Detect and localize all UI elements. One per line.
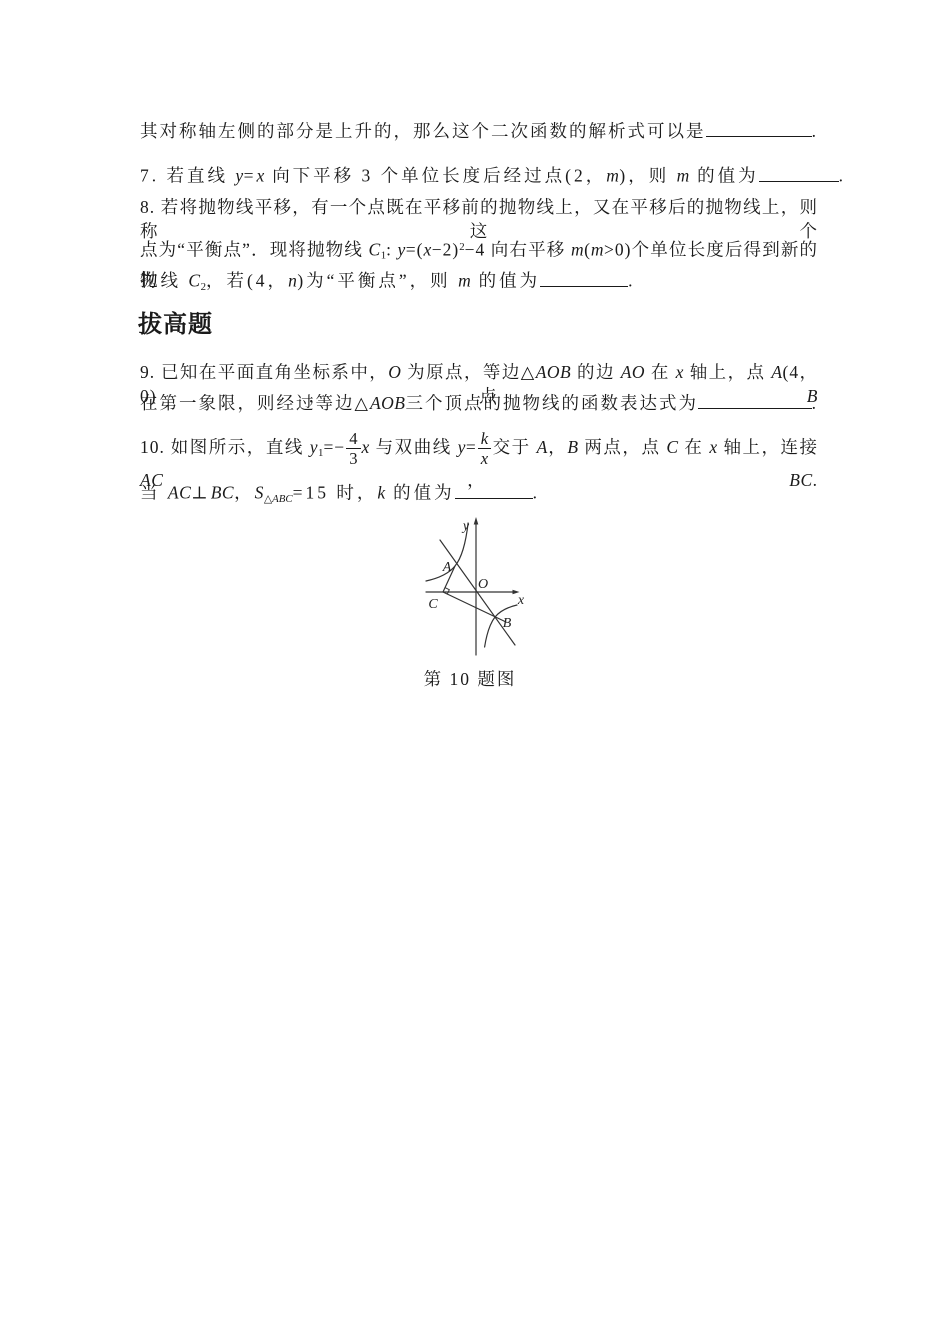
text-run: 与双曲线 [370, 437, 458, 457]
math-run: x [676, 362, 684, 382]
text-run: =15 时， [293, 483, 378, 503]
text-run: 为原点，等边△ [401, 362, 535, 382]
text-run: ， [234, 483, 255, 503]
text-run: 交于 [492, 437, 536, 457]
math-run: x [362, 437, 370, 457]
text-run: 10. 如图所示，直线 [140, 437, 310, 457]
text-run: . [628, 271, 635, 291]
math-run: O [388, 362, 401, 382]
text-run: 三个顶点的抛物线的函数表达式为 [406, 391, 699, 415]
text-run: 轴上，连接 [718, 437, 818, 457]
text-run: . [813, 470, 818, 490]
q10-line-2: 当 AC⊥BC，S△ABC=15 时，k 的值为. [140, 480, 540, 511]
text-run: . [812, 391, 818, 415]
text-run: 7. 若直线 [140, 166, 235, 186]
text-run: ( [584, 239, 591, 259]
text-run: = [244, 166, 257, 186]
text-run: −4 向右平移 [465, 239, 571, 259]
text-run: −2) [432, 239, 459, 259]
text-run: 轴上，点 [684, 362, 771, 382]
math-run: △ABC [264, 493, 293, 505]
fraction: kx [478, 430, 491, 468]
math-run: BC [789, 470, 812, 490]
text-run: 当 [140, 483, 168, 503]
y-axis-arrow [474, 517, 479, 525]
answer-blank [698, 390, 812, 409]
text-run: 在 [679, 437, 710, 457]
q8-line-3: 物线 C2，若(4，n)为“平衡点”，则 m 的值为. [140, 268, 635, 299]
text-run: 在第一象限，则经过等边△ [140, 391, 370, 415]
math-run: AC [168, 483, 191, 503]
math-run: x [709, 437, 717, 457]
figure-caption: 第 10 题图 [385, 666, 555, 691]
math-run: A [771, 362, 782, 382]
math-run: y [458, 437, 466, 457]
text-run: 的值为 [690, 166, 759, 186]
section-heading: 拔高题 [138, 310, 213, 340]
math-run: BC [211, 483, 234, 503]
x-axis-label: x [517, 593, 525, 608]
text-run: 的边 [571, 362, 621, 382]
text-run: 的值为 [471, 271, 540, 291]
math-run: m [571, 239, 584, 259]
text-run: ⊥ [191, 483, 210, 503]
math-run: A [537, 437, 548, 457]
text-run: : [386, 239, 397, 259]
worksheet-page: 其对称轴左侧的部分是上升的，那么这个二次函数的解析式可以是. 7. 若直线 y=… [0, 0, 950, 1344]
math-run: y [235, 166, 243, 186]
point-c-label: C [428, 597, 438, 612]
math-run: x [424, 239, 432, 259]
q9-line-2: 在第一象限，则经过等边△AOB 三个顶点的抛物线的函数表达式为. [140, 390, 818, 415]
math-run: y [310, 437, 318, 457]
math-run: x [257, 166, 265, 186]
text-run: 点为“平衡点”．现将抛物线 [140, 239, 369, 259]
text-run: 其对称轴左侧的部分是上升的，那么这个二次函数的解析式可以是 [140, 119, 706, 143]
math-run: AOB [536, 362, 572, 382]
math-run: S [255, 483, 264, 503]
point-a-label: A [442, 560, 452, 575]
text-run: ， [548, 437, 568, 457]
segment-cb [443, 592, 506, 622]
math-run: y [398, 239, 406, 259]
math-run: m [591, 239, 604, 259]
fraction: 43 [346, 430, 360, 468]
text-run: )为“平衡点”，则 [297, 271, 458, 291]
text-run: =( [406, 239, 424, 259]
point-b-label: B [503, 616, 512, 631]
origin-label: O [478, 577, 488, 592]
q10-figure: y x O A B C [405, 510, 535, 660]
math-run: B [567, 437, 578, 457]
text-run: . [839, 166, 846, 186]
text-run: 向下平移 3 个单位长度后经过点(2， [265, 166, 606, 186]
math-run: AOB [370, 391, 406, 415]
q6-tail-line: 其对称轴左侧的部分是上升的，那么这个二次函数的解析式可以是. [140, 118, 818, 143]
text-run: )，则 [619, 166, 676, 186]
math-run: C [188, 271, 200, 291]
math-run: C [666, 437, 678, 457]
text-run: 9. 已知在平面直角坐标系中， [140, 362, 388, 382]
coordinate-figure: y x O A B C [405, 510, 535, 660]
text-run: ，若(4， [206, 271, 288, 291]
text-run: . [812, 119, 818, 143]
math-run: k [377, 483, 385, 503]
math-run: AO [621, 362, 645, 382]
math-run: C [369, 239, 381, 259]
text-run: 在 [645, 362, 676, 382]
answer-blank [455, 480, 533, 499]
text-run: = [466, 437, 477, 457]
answer-blank [759, 163, 839, 182]
answer-blank [540, 268, 628, 287]
text-run: 的值为 [386, 483, 455, 503]
q7-line: 7. 若直线 y=x 向下平移 3 个单位长度后经过点(2，m)，则 m 的值为… [140, 163, 846, 188]
text-run: 两点，点 [579, 437, 667, 457]
math-run: m [458, 271, 471, 291]
answer-blank [706, 118, 812, 137]
y-axis-label: y [461, 519, 470, 534]
math-run: m [677, 166, 690, 186]
text-run: 物线 [140, 271, 188, 291]
math-run: m [606, 166, 619, 186]
text-run: =− [323, 437, 345, 457]
text-run: . [533, 483, 540, 503]
math-run: n [288, 271, 297, 291]
